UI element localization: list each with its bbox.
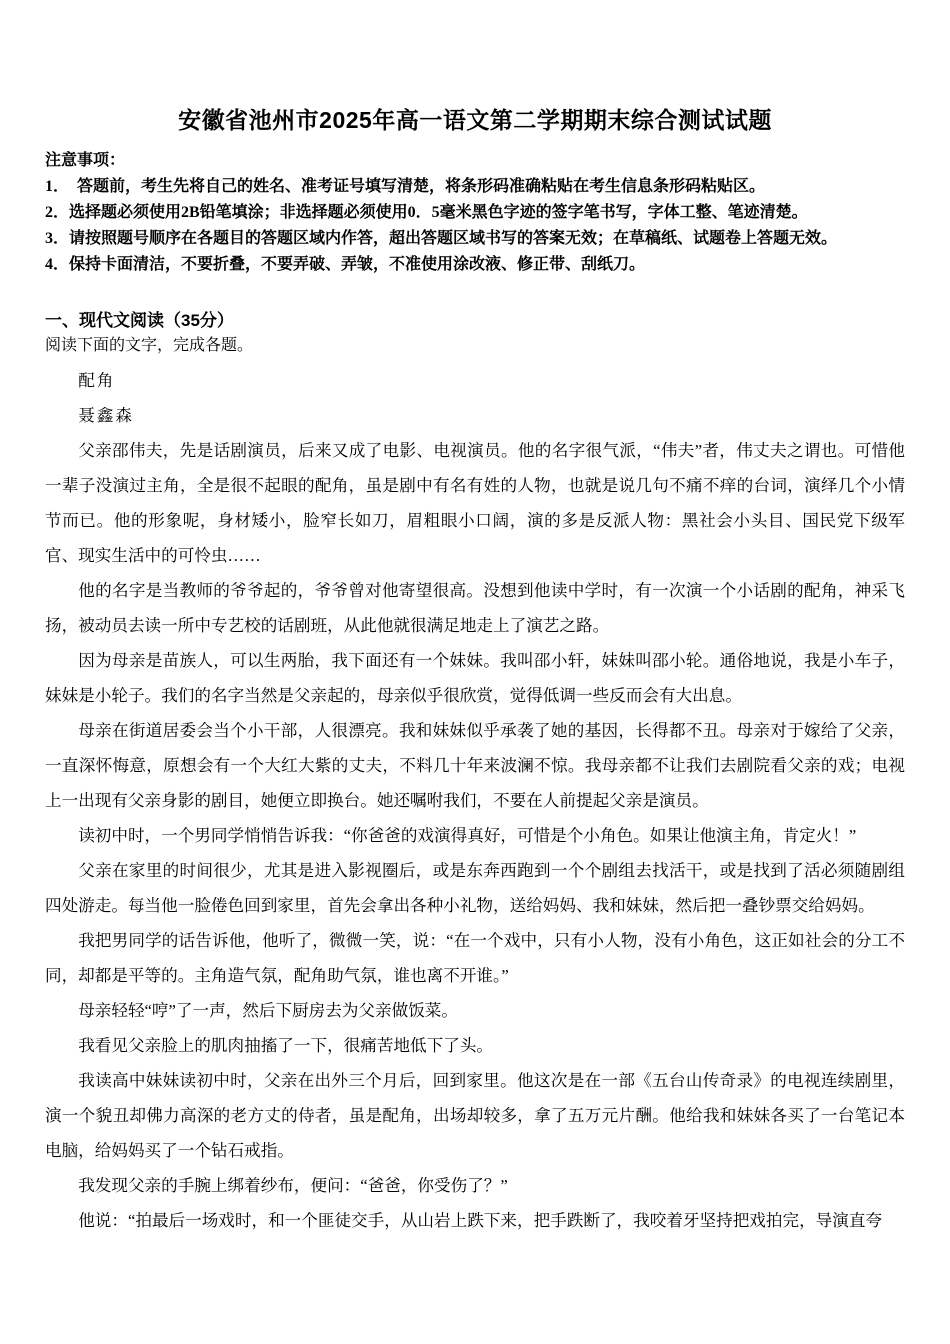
notice-item: 1． 答题前，考生先将自己的姓名、准考证号填写清楚，将条形码准确粘贴在考生信息条… (45, 174, 905, 200)
passage-paragraph: 我读高中妹妹读初中时，父亲在出外三个月后，回到家里。他这次是在一部《五台山传奇录… (45, 1063, 905, 1168)
notice-item: 4．保持卡面清洁，不要折叠，不要弄破、弄皱，不准使用涂改液、修正带、刮纸刀。 (45, 252, 905, 278)
document-title: 安徽省池州市2025年高一语文第二学期期末综合测试试题 (45, 104, 905, 136)
passage-paragraph: 父亲在家里的时间很少，尤其是进入影视圈后，或是东奔西跑到一个个剧组去找活干，或是… (45, 853, 905, 923)
passage-paragraph: 父亲邵伟夫，先是话剧演员，后来又成了电影、电视演员。他的名字很气派，“伟夫”者，… (45, 433, 905, 573)
notice-heading: 注意事项： (45, 148, 905, 174)
passage-paragraph: 我发现父亲的手腕上绑着纱布，便问：“爸爸，你受伤了？” (45, 1168, 905, 1203)
passage-paragraph: 我看见父亲脸上的肌肉抽搐了一下，很痛苦地低下了头。 (45, 1028, 905, 1063)
section-heading: 一、现代文阅读（35分） (45, 308, 905, 333)
notice-section: 注意事项： 1． 答题前，考生先将自己的姓名、准考证号填写清楚，将条形码准确粘贴… (45, 148, 905, 278)
notice-item: 3．请按照题号顺序在各题目的答题区域内作答，超出答题区域书写的答案无效；在草稿纸… (45, 226, 905, 252)
passage-paragraph: 因为母亲是苗族人，可以生两胎，我下面还有一个妹妹。我叫邵小轩，妹妹叫邵小轮。通俗… (45, 643, 905, 713)
passage-paragraph: 母亲在街道居委会当个小干部，人很漂亮。我和妹妹似乎承袭了她的基因，长得都不丑。母… (45, 713, 905, 818)
passage-paragraph: 我把男同学的话告诉他，他听了，微微一笑，说：“在一个戏中，只有小人物，没有小角色… (45, 923, 905, 993)
passage-paragraph: 母亲轻轻“哼”了一声，然后下厨房去为父亲做饭菜。 (45, 993, 905, 1028)
passage-author: 聂鑫森 (45, 398, 905, 433)
reading-passage: 配角 聂鑫森 父亲邵伟夫，先是话剧演员，后来又成了电影、电视演员。他的名字很气派… (45, 363, 905, 1238)
passage-paragraph: 他说：“拍最后一场戏时，和一个匪徒交手，从山岩上跌下来，把手跌断了，我咬着牙坚持… (45, 1203, 905, 1238)
passage-paragraph: 读初中时，一个男同学悄悄告诉我：“你爸爸的戏演得真好，可惜是个小角色。如果让他演… (45, 818, 905, 853)
passage-paragraphs: 父亲邵伟夫，先是话剧演员，后来又成了电影、电视演员。他的名字很气派，“伟夫”者，… (45, 433, 905, 1238)
exam-paper-page: 安徽省池州市2025年高一语文第二学期期末综合测试试题 注意事项： 1． 答题前… (0, 0, 950, 1344)
section-instruction: 阅读下面的文字，完成各题。 (45, 333, 905, 358)
notice-item: 2．选择题必须使用2B铅笔填涂；非选择题必须使用0．5毫米黑色字迹的签字笔书写，… (45, 200, 905, 226)
passage-paragraph: 他的名字是当教师的爷爷起的，爷爷曾对他寄望很高。没想到他读中学时，有一次演一个小… (45, 573, 905, 643)
notice-items: 1． 答题前，考生先将自己的姓名、准考证号填写清楚，将条形码准确粘贴在考生信息条… (45, 174, 905, 278)
reading-section: 一、现代文阅读（35分） 阅读下面的文字，完成各题。 配角 聂鑫森 父亲邵伟夫，… (45, 308, 905, 1238)
passage-title: 配角 (45, 363, 905, 398)
